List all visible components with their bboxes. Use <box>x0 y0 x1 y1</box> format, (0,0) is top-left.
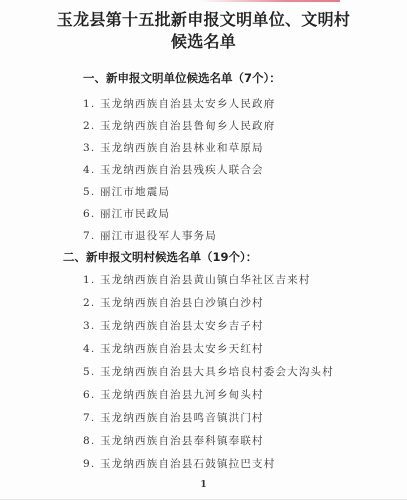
list-item: 6. 玉龙纳西族自治县九河乡甸头村 <box>83 387 264 402</box>
list-item: 7. 玉龙纳西族自治县鸣音镇洪门村 <box>83 410 264 425</box>
list-item: 3. 玉龙纳西族自治县太安乡吉子村 <box>83 318 264 333</box>
document-page: 玉龙县第十五批新申报文明单位、文明村 候选名单 一、新申报文明单位候选名单（7个… <box>0 0 407 500</box>
list-item: 3. 玉龙纳西族自治县林业和草原局 <box>83 140 264 155</box>
list-item: 4. 玉龙纳西族自治县太安乡天红村 <box>83 341 264 356</box>
title-line-1: 玉龙县第十五批新申报文明单位、文明村 <box>0 9 407 31</box>
section-heading-units: 一、新申报文明单位候选名单（7个）： <box>83 70 281 86</box>
list-item: 6. 丽江市民政局 <box>83 206 170 221</box>
list-item: 8. 玉龙纳西族自治县奉科镇奉联村 <box>83 433 264 448</box>
list-item: 1. 玉龙纳西族自治县黄山镇白华社区吉来村 <box>83 272 311 287</box>
list-item: 4. 玉龙纳西族自治县残疾人联合会 <box>83 162 264 177</box>
page-number: 1 <box>0 480 407 490</box>
list-item: 2. 玉龙纳西族自治县白沙镇白沙村 <box>83 295 264 310</box>
title-line-2: 候选名单 <box>0 31 407 53</box>
list-item: 1. 玉龙纳西族自治县太安乡人民政府 <box>83 96 275 111</box>
list-item: 7. 丽江市退役军人事务局 <box>83 228 217 243</box>
document-title: 玉龙县第十五批新申报文明单位、文明村 候选名单 <box>0 9 407 53</box>
list-item: 2. 玉龙纳西族自治县鲁甸乡人民政府 <box>83 118 275 133</box>
list-item: 5. 丽江市地震局 <box>83 184 170 199</box>
list-item: 5. 玉龙纳西族自治县大具乡培良村委会大沟头村 <box>83 364 334 379</box>
list-item: 9. 玉龙纳西族自治县石鼓镇拉巴支村 <box>83 456 275 471</box>
top-color-strip <box>200 0 340 2</box>
section-heading-villages: 二、新申报文明村候选名单（19个）： <box>63 249 257 265</box>
